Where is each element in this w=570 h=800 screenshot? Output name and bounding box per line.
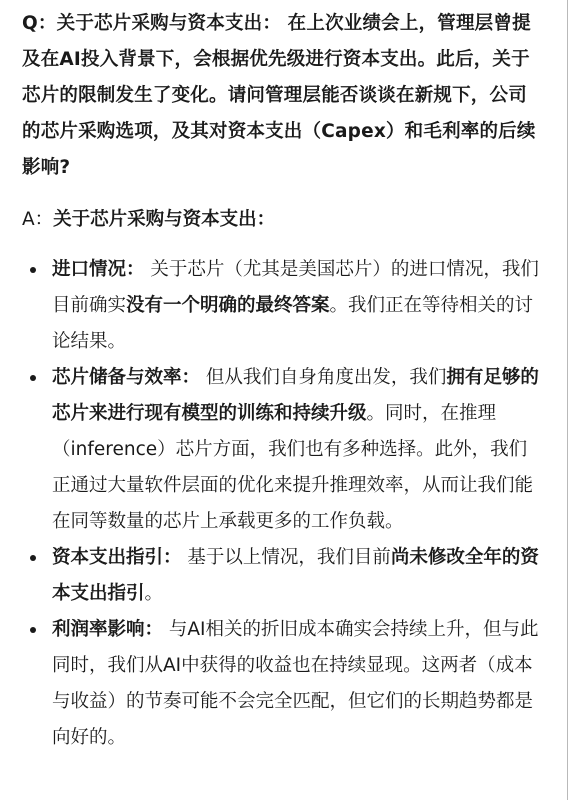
question-paragraph: Q：关于芯片采购与资本支出： 在上次业绩会上，管理层曾提及在AI投入背景下，会根… (22, 6, 542, 186)
list-item-import-status: 进口情况： 关于芯片（尤其是美国芯片）的进口情况，我们目前确实没有一个明确的最终… (22, 252, 542, 360)
point-heading: 利润率影响： (52, 619, 163, 640)
answer-heading: A：关于芯片采购与资本支出： (22, 202, 542, 238)
point-text: 。 (145, 583, 164, 604)
list-item-capex-guidance: 资本支出指引： 基于以上情况，我们目前尚未修改全年的资本支出指引。 (22, 540, 542, 612)
answer-points-list: 进口情况： 关于芯片（尤其是美国芯片）的进口情况，我们目前确实没有一个明确的最终… (22, 252, 542, 756)
question-text: 关于芯片采购与资本支出： 在上次业绩会上，管理层曾提及在AI投入背景下，会根据优… (22, 13, 536, 178)
answer-title: 关于芯片采购与资本支出： (53, 209, 275, 230)
bullet-icon (30, 555, 36, 561)
bullet-icon (30, 375, 36, 381)
point-text: 基于以上情况，我们目前 (182, 547, 391, 568)
bullet-icon (30, 267, 36, 273)
qa-document: Q：关于芯片采购与资本支出： 在上次业绩会上，管理层曾提及在AI投入背景下，会根… (22, 6, 542, 756)
point-heading: 芯片储备与效率： (52, 367, 200, 388)
list-item-chip-reserve: 芯片储备与效率： 但从我们自身角度出发，我们拥有足够的芯片来进行现有模型的训练和… (22, 360, 542, 540)
point-text: 但从我们自身角度出发，我们 (200, 367, 446, 388)
question-label: Q： (22, 13, 57, 34)
bullet-icon (30, 627, 36, 633)
point-heading: 资本支出指引： (52, 547, 182, 568)
right-edge-divider (567, 0, 568, 800)
answer-label: A： (22, 209, 53, 230)
point-emphasis: 没有一个明确的最终答案 (126, 295, 330, 316)
point-heading: 进口情况： (52, 259, 145, 280)
list-item-margin-impact: 利润率影响： 与AI相关的折旧成本确实会持续上升，但与此同时，我们从AI中获得的… (22, 612, 542, 756)
